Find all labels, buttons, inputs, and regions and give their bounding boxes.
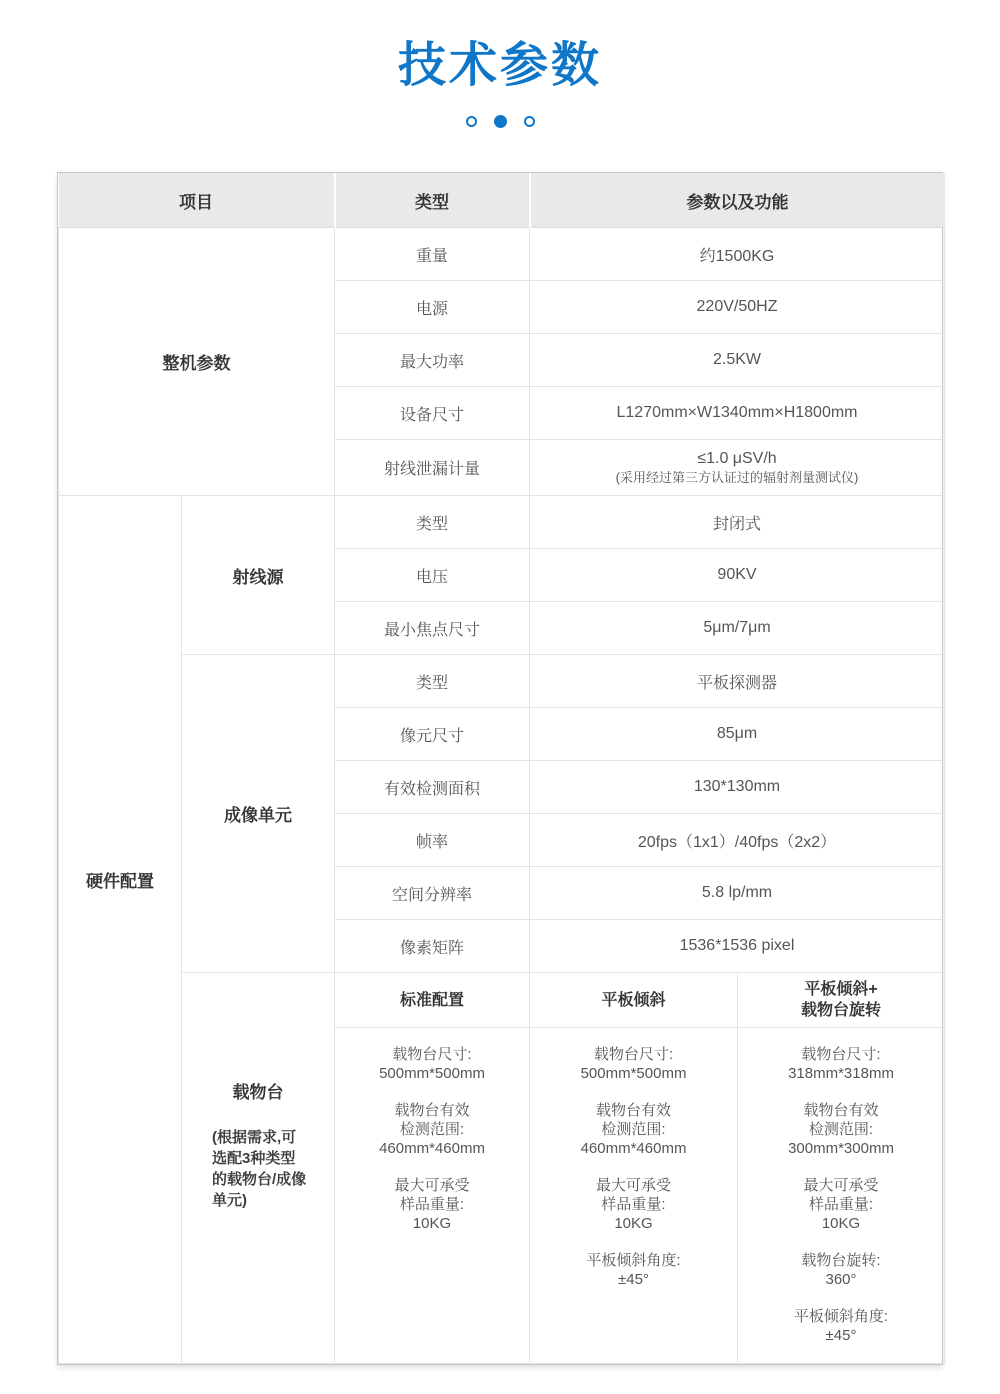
spec-max-load: 最大可承受 样品重量: 10KG: [738, 1176, 944, 1233]
spec-tilt-angle: 平板倾斜角度: ±45°: [530, 1251, 737, 1289]
type-pixel-matrix: 像素矩阵: [335, 920, 530, 973]
value-frame-rate: 20fps（1x1）/40fps（2x2）: [530, 814, 945, 867]
category-hardware-config-label: 硬件配置: [86, 867, 154, 892]
carousel-dot-2-active[interactable]: [494, 115, 507, 128]
page: 技术参数 项目 类型 参数以及功能: [0, 0, 1000, 1394]
stage-option-tilt-header: 平板倾斜: [530, 973, 738, 1028]
spec-rotation: 载物台旋转: 360°: [738, 1251, 944, 1289]
type-max-power: 最大功率: [335, 334, 530, 387]
subcategory-imaging-unit: 成像单元: [182, 655, 335, 973]
type-detector-type: 类型: [335, 655, 530, 708]
carousel-dot-1[interactable]: [466, 116, 477, 127]
type-radiation-leak: 射线泄漏计量: [335, 440, 530, 496]
type-ray-type: 类型: [335, 496, 530, 549]
value-detector-type: 平板探测器: [530, 655, 945, 708]
value-spatial-resolution: 5.8 lp/mm: [530, 867, 945, 920]
value-pixel-size: 85μm: [530, 708, 945, 761]
stage-label: 载物台: [182, 1078, 334, 1103]
carousel-dots: [0, 115, 1000, 129]
stage-note: (根据需求,可选配3种类型的载物台/成像单元): [182, 1127, 334, 1211]
type-detection-area: 有效检测面积: [335, 761, 530, 814]
stage-label-block: 载物台 (根据需求,可选配3种类型的载物台/成像单元): [182, 1078, 334, 1211]
subcategory-ray-source: 射线源: [182, 496, 335, 655]
value-max-power: 2.5KW: [530, 334, 945, 387]
spec-max-load: 最大可承受 样品重量: 10KG: [335, 1176, 529, 1233]
table-row-detector-type: 成像单元 类型 平板探测器: [59, 655, 945, 708]
col-header-params: 参数以及功能: [530, 173, 945, 228]
type-pixel-size: 像元尺寸: [335, 708, 530, 761]
value-weight: 约1500KG: [530, 228, 945, 281]
col-header-type: 类型: [335, 173, 530, 228]
type-weight: 重量: [335, 228, 530, 281]
type-spatial-resolution: 空间分辨率: [335, 867, 530, 920]
col-header-item: 项目: [59, 173, 335, 228]
stage-option-tilt-specs: 载物台尺寸: 500mm*500mm 载物台有效 检测范围: 460mm*460…: [530, 1028, 738, 1364]
value-radiation-leak-note: (采用经过第三方认证过的辐射剂量测试仪): [534, 469, 940, 486]
type-voltage: 电压: [335, 549, 530, 602]
type-power-supply: 电源: [335, 281, 530, 334]
stage-option-standard-specs: 载物台尺寸: 500mm*500mm 载物台有效 检测范围: 460mm*460…: [335, 1028, 530, 1364]
type-focal-spot: 最小焦点尺寸: [335, 602, 530, 655]
header-row: 项目 类型 参数以及功能: [59, 173, 945, 228]
spec-detection-range: 载物台有效 检测范围: 460mm*460mm: [335, 1101, 529, 1158]
value-voltage: 90KV: [530, 549, 945, 602]
spec-stage-size: 载物台尺寸: 500mm*500mm: [335, 1045, 529, 1083]
value-dimensions: L1270mm×W1340mm×H1800mm: [530, 387, 945, 440]
value-pixel-matrix: 1536*1536 pixel: [530, 920, 945, 973]
category-hardware-config: 硬件配置: [59, 496, 182, 1364]
subcategory-stage: 载物台 (根据需求,可选配3种类型的载物台/成像单元): [182, 973, 335, 1364]
value-radiation-leak: ≤1.0 μSV/h: [534, 449, 940, 469]
stage-option-standard-header: 标准配置: [335, 973, 530, 1028]
category-machine-params: 整机参数: [59, 228, 335, 496]
stage-option-tilt-rotate-header: 平板倾斜+ 载物台旋转: [738, 973, 945, 1028]
value-radiation-leak-cell: ≤1.0 μSV/h (采用经过第三方认证过的辐射剂量测试仪): [530, 440, 945, 496]
stage-option-tilt-rotate-specs: 载物台尺寸: 318mm*318mm 载物台有效 检测范围: 300mm*300…: [738, 1028, 945, 1364]
spec-stage-size: 载物台尺寸: 500mm*500mm: [530, 1045, 737, 1083]
carousel-dot-3[interactable]: [524, 116, 535, 127]
value-focal-spot: 5μm/7μm: [530, 602, 945, 655]
type-dimensions: 设备尺寸: [335, 387, 530, 440]
spec-detection-range: 载物台有效 检测范围: 460mm*460mm: [530, 1101, 737, 1158]
table-row-weight: 整机参数 重量 约1500KG: [59, 228, 945, 281]
value-ray-type: 封闭式: [530, 496, 945, 549]
spec-tilt-angle: 平板倾斜角度: ±45°: [738, 1307, 944, 1345]
value-power-supply: 220V/50HZ: [530, 281, 945, 334]
spec-detection-range: 载物台有效 检测范围: 300mm*300mm: [738, 1101, 944, 1158]
spec-table: 项目 类型 参数以及功能 整机参数 重量 约1500KG 电源 220V/50H…: [58, 173, 945, 1365]
page-title: 技术参数: [0, 0, 1000, 93]
table-row-ray-type: 硬件配置 射线源 类型 封闭式: [59, 496, 945, 549]
table-row-stage-options-header: 载物台 (根据需求,可选配3种类型的载物台/成像单元) 标准配置 平板倾斜 平板…: [59, 973, 945, 1028]
spec-max-load: 最大可承受 样品重量: 10KG: [530, 1176, 737, 1233]
type-frame-rate: 帧率: [335, 814, 530, 867]
spec-table-container: 项目 类型 参数以及功能 整机参数 重量 约1500KG 电源 220V/50H…: [57, 172, 943, 1366]
value-detection-area: 130*130mm: [530, 761, 945, 814]
spec-stage-size: 载物台尺寸: 318mm*318mm: [738, 1045, 944, 1083]
